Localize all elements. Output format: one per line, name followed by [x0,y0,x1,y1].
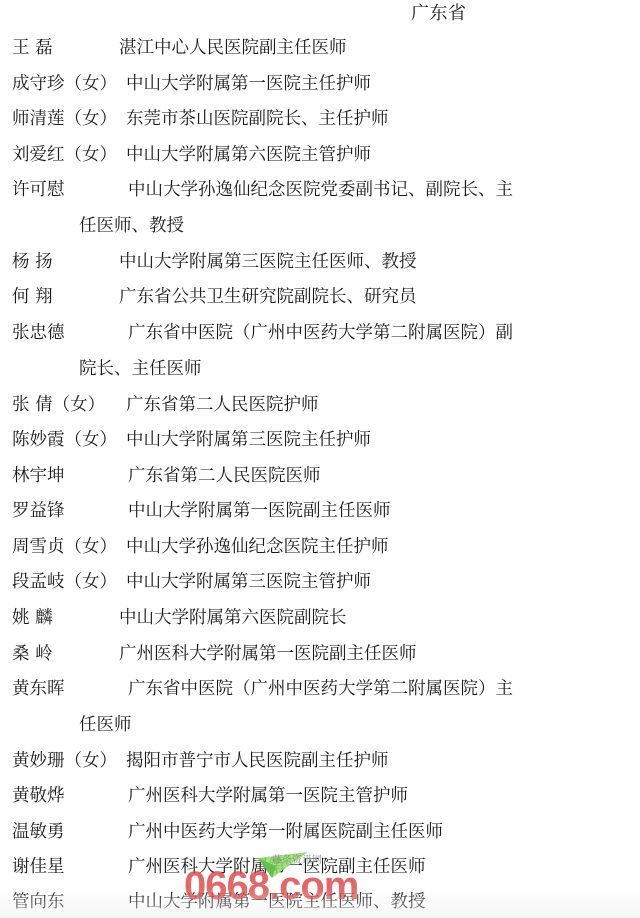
person-affiliation: 中山大学附属第一医院主任护师 [126,72,371,96]
person-affiliation: 湛江中心人民医院副主任医师 [119,36,347,60]
person-name: 张 倩（女） [12,393,105,417]
person-name: 姚 麟 [12,606,53,630]
person-affiliation: 中山大学附属第一医院副主任医师 [128,499,391,523]
person-affiliation: 广东省公共卫生研究院副院长、研究员 [119,285,417,309]
person-name: 许可慰 [12,178,65,202]
person-affiliation: 广东省中医院（广州中医药大学第二附属医院）主 [128,677,513,701]
person-name: 陈妙霞（女） [12,428,117,452]
province-heading: 广东省 [411,2,467,26]
person-affiliation: 中山大学孙逸仙纪念医院党委副书记、副院长、主 [128,178,513,202]
person-name: 张忠德 [12,321,65,345]
person-affiliation-continued: 院长、主任医师 [79,357,202,381]
person-affiliation: 中山大学孙逸仙纪念医院主任护师 [126,535,389,559]
person-name: 黄东晖 [12,677,65,701]
person-affiliation: 广东省第二人民医院医师 [128,464,321,488]
person-name: 温敏勇 [12,820,65,844]
bottom-shade [0,888,640,918]
person-name: 黄妙珊（女） [12,749,117,773]
person-affiliation: 中山大学附属第六医院副院长 [119,606,347,630]
person-affiliation: 中山大学附属第三医院主管护师 [126,570,371,594]
person-affiliation: 中山大学附属第三医院主任护师 [126,428,371,452]
person-affiliation: 广州医科大学附属第一医院副主任医师 [119,642,417,666]
person-name: 林宇坤 [12,464,65,488]
person-affiliation-continued: 任医师 [79,713,132,737]
person-name: 成守珍（女） [12,72,117,96]
person-name: 桑 岭 [12,642,53,666]
person-affiliation: 广东省中医院（广州中医药大学第二附属医院）副 [128,321,513,345]
person-name: 刘爱红（女） [12,143,117,167]
document-page: 广东省 王 磊湛江中心人民医院副主任医师成守珍（女）中山大学附属第一医院主任护师… [0,0,640,918]
person-name: 师清莲（女） [12,107,117,131]
person-name: 王 磊 [12,36,53,60]
person-affiliation: 中山大学附属第三医院主任医师、教授 [119,250,417,274]
person-name: 周雪贞（女） [12,535,117,559]
person-name: 杨 扬 [12,250,53,274]
person-name: 黄敬烨 [12,784,65,808]
person-affiliation-continued: 任医师、教授 [79,214,184,238]
person-affiliation: 揭阳市普宁市人民医院副主任护师 [126,749,389,773]
person-name: 谢佳星 [12,855,65,879]
person-name: 何 翔 [12,285,53,309]
person-affiliation: 东莞市茶山医院副院长、主任护师 [126,107,389,131]
person-affiliation: 广东省第二人民医院护师 [126,393,319,417]
person-affiliation: 广州中医药大学第一附属医院副主任医师 [128,820,443,844]
person-affiliation: 广州医科大学附属第一医院主管护师 [128,784,408,808]
person-name: 段孟岐（女） [12,570,117,594]
person-name: 罗益锋 [12,499,65,523]
person-affiliation: 中山大学附属第六医院主管护师 [126,143,371,167]
